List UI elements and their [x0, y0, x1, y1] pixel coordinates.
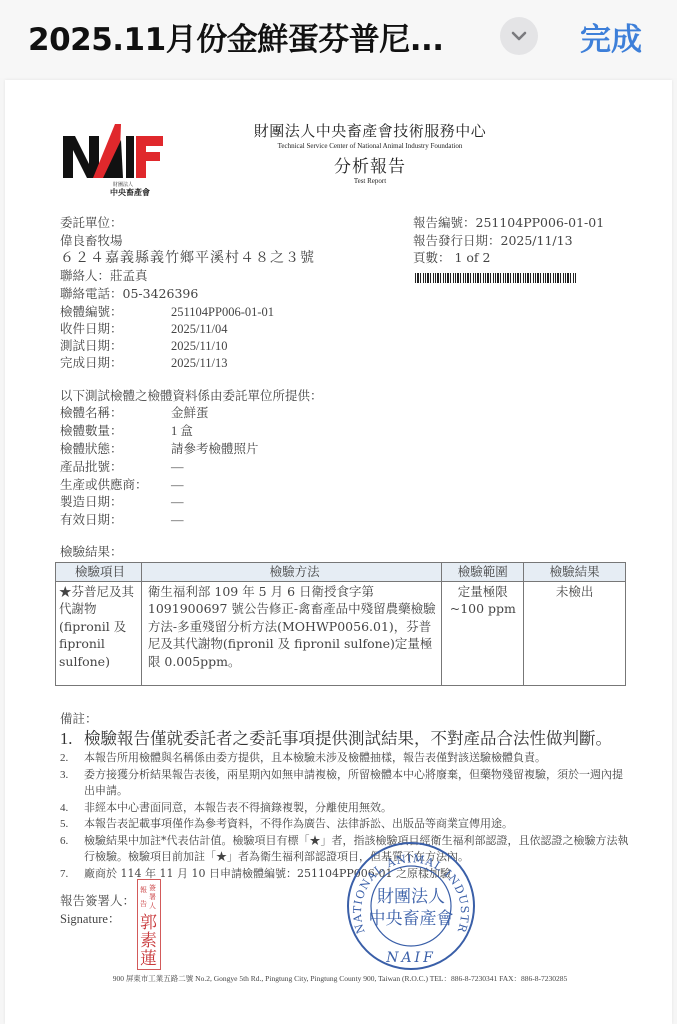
barcode: [415, 273, 577, 283]
manufacture-date-row: 製造日期： —: [60, 493, 360, 511]
sample-intro: 以下測試檢體之檢體資料係由委託單位所提供：: [60, 387, 323, 405]
completion-date: 2025/11/13: [171, 354, 227, 372]
expiry-date: —: [171, 511, 184, 529]
org-name-en: Technical Service Center of National Ani…: [200, 142, 540, 150]
foundation-seal-icon: NATIONAL ANIMAL INDUSTRY FOUNDATION 財團法人…: [345, 840, 477, 972]
svg-text:郭: 郭: [140, 913, 157, 933]
sample-name: 金鮮蛋: [171, 404, 209, 422]
test-range: 定量極限 ~100 ppm: [442, 581, 524, 685]
note-item: 3.委方接獲分析結果報告表後，兩星期內如無申請複檢，所留檢體本中心將廢棄，但藥物…: [60, 767, 630, 800]
client-address: ６２４嘉義縣義竹鄉平溪村４８之３號: [60, 249, 315, 267]
results-heading: 檢驗結果：: [60, 543, 123, 561]
report-title-en: Test Report: [200, 177, 540, 185]
sample-id: 251104PP006-01-01: [171, 303, 274, 321]
organization-header: 財團法人中央畜產會技術服務中心 Technical Service Center…: [200, 120, 540, 185]
svg-text:素: 素: [140, 931, 157, 951]
report-issue-date: 報告發行日期：2025/11/13: [413, 232, 573, 250]
test-date: 2025/11/10: [171, 337, 227, 355]
note-item: 5.本報告表記載事項僅作為參考資料，不得作為廣告、法律訴訟、出版品等商業宣傳用途…: [60, 816, 630, 833]
chevron-down-icon: [511, 31, 527, 41]
test-item: ★芬普尼及其代謝物(fipronil 及 fipronil sulfone): [56, 581, 142, 685]
sample-id-row: 檢體編號： 251104PP006-01-01: [60, 303, 360, 321]
svg-text:財團法人: 財團法人: [377, 887, 445, 907]
note-item: 2.本報告所用檢體與名稱係由委方提供，且本檢驗未涉及檢體抽樣，報告表僅對該送驗檢…: [60, 750, 630, 767]
navigation-bar: 2025.11月份金鮮蛋芬普尼... 完成: [0, 0, 677, 78]
test-result: 未檢出: [524, 581, 626, 685]
notes-heading: 備註：: [60, 710, 630, 728]
client-phone: 聯絡電話：05-3426396: [60, 285, 198, 303]
column-header-result: 檢驗結果: [524, 563, 626, 582]
svg-text:簽: 簽: [149, 883, 156, 892]
address-footer: 900 屏東市工業五路二號 No.2, Gongye 5th Rd., Ping…: [60, 973, 620, 984]
expiry-date-row: 有效日期： —: [60, 511, 360, 529]
note-item: 4.非經本中心書面同意，本報告表不得摘錄複製，分離使用無效。: [60, 800, 630, 817]
svg-text:中央畜產會: 中央畜產會: [369, 909, 454, 929]
received-date-row: 收件日期： 2025/11/04: [60, 320, 360, 338]
svg-text:署: 署: [149, 892, 156, 901]
signature-label: 報告簽署人： Signature：: [60, 892, 135, 928]
svg-text:報: 報: [140, 885, 147, 894]
sample-status-row: 檢體狀態： 請參考檢體照片: [60, 440, 360, 458]
report-number: 報告編號：251104PP006-01-01: [413, 214, 604, 232]
supplier: —: [171, 476, 184, 494]
results-table: 檢驗項目 檢驗方法 檢驗範圍 檢驗結果 ★芬普尼及其代謝物(fipronil 及…: [55, 562, 626, 686]
batch-number: —: [171, 458, 184, 476]
batch-number-row: 產品批號： —: [60, 458, 360, 476]
title-menu-button[interactable]: [500, 17, 538, 55]
svg-text:告: 告: [140, 899, 147, 908]
naif-logo: 財團法人 中央畜產會: [63, 122, 165, 198]
svg-text:人: 人: [149, 901, 156, 910]
client-contact: 聯絡人：莊孟真: [60, 267, 148, 285]
sample-name-row: 檢體名稱： 金鮮蛋: [60, 404, 360, 422]
report-title-zh: 分析報告: [200, 152, 540, 177]
svg-text:中央畜產會: 中央畜產會: [110, 187, 150, 197]
table-header-row: 檢驗項目 檢驗方法 檢驗範圍 檢驗結果: [56, 563, 626, 582]
sample-quantity-row: 檢體數量： 1 盒: [60, 422, 360, 440]
column-header-range: 檢驗範圍: [442, 563, 524, 582]
column-header-method: 檢驗方法: [141, 563, 441, 582]
received-date: 2025/11/04: [171, 320, 227, 338]
signature-stamp: 報 簽 署 告 人 郭 素 蓮: [137, 879, 161, 970]
supplier-row: 生產或供應商： —: [60, 476, 360, 494]
page-count: 頁數： 1 of 2: [413, 249, 490, 267]
client-unit-label: 委託單位：: [60, 214, 123, 232]
test-date-row: 測試日期： 2025/11/10: [60, 337, 360, 355]
test-method: 衛生福利部 109 年 5 月 6 日衛授食字第 1091900697 號公告修…: [141, 581, 441, 685]
table-row: ★芬普尼及其代謝物(fipronil 及 fipronil sulfone) 衛…: [56, 581, 626, 685]
completion-date-row: 完成日期： 2025/11/13: [60, 354, 360, 372]
column-header-item: 檢驗項目: [56, 563, 142, 582]
note-item: 1.檢驗報告僅就委託者之委託事項提供測試結果，不對產品合法性做判斷。: [60, 728, 630, 750]
document-title: 2025.11月份金鮮蛋芬普尼...: [28, 14, 444, 59]
org-name-zh: 財團法人中央畜產會技術服務中心: [200, 120, 540, 141]
signature-stamp-icon: 報 簽 署 告 人 郭 素 蓮: [138, 880, 160, 969]
svg-text:蓮: 蓮: [140, 949, 157, 969]
svg-text:NAIF: NAIF: [385, 950, 436, 966]
done-button[interactable]: 完成: [580, 14, 642, 59]
client-unit-name: 偉良畜牧場: [60, 232, 123, 250]
sample-quantity: 1 盒: [171, 422, 193, 440]
sample-status: 請參考檢體照片: [171, 440, 259, 458]
manufacture-date: —: [171, 493, 184, 511]
